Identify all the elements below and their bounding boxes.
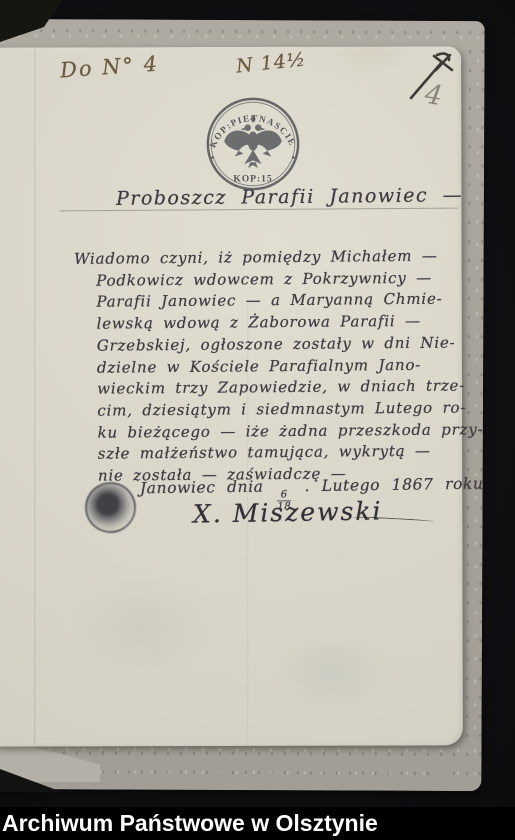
body-line: Wiadomo czyni, iż pomiędzy Michałem — (74, 245, 476, 270)
page-fold-line (34, 48, 37, 745)
body-line: Grzebskiej, ogłoszone zostały w dni Nie- (97, 332, 477, 357)
stamp-bottom-text: KOP:15 (233, 173, 272, 184)
signature: X. Miszewski (193, 496, 383, 528)
dateline-place: Janowiec dnia (140, 478, 264, 498)
body-line: wieckim trzy Zapowiedzie, w dniach trze- (97, 376, 477, 401)
body-line: lewską wdową z Żaborowa Parafii — (97, 310, 477, 335)
letter-body: Wiadomo czyni, iż pomiędzy Michałem — Po… (96, 245, 478, 487)
footer-bar: Archiwum Państwowe w Olsztynie (0, 807, 515, 840)
letter-heading: Proboszcz Parafii Janowiec — (116, 184, 463, 210)
dateline-rest: . Lutego 1867 roku (304, 475, 483, 495)
archive-name: Archiwum Państwowe w Olsztynie (0, 810, 378, 837)
revenue-stamp: KOP:PIETNASCIE KOP:15 (205, 96, 301, 192)
scanned-document-view: Do N° 4 N 14½ 4 KOP:PIETNASCIE KOP:15 (0, 0, 515, 840)
body-line: cim, dziesiątym i siedmnastym Lutego ro- (97, 397, 477, 422)
body-line: szłe małżeństwo tamująca, wykrytą — (98, 441, 478, 466)
